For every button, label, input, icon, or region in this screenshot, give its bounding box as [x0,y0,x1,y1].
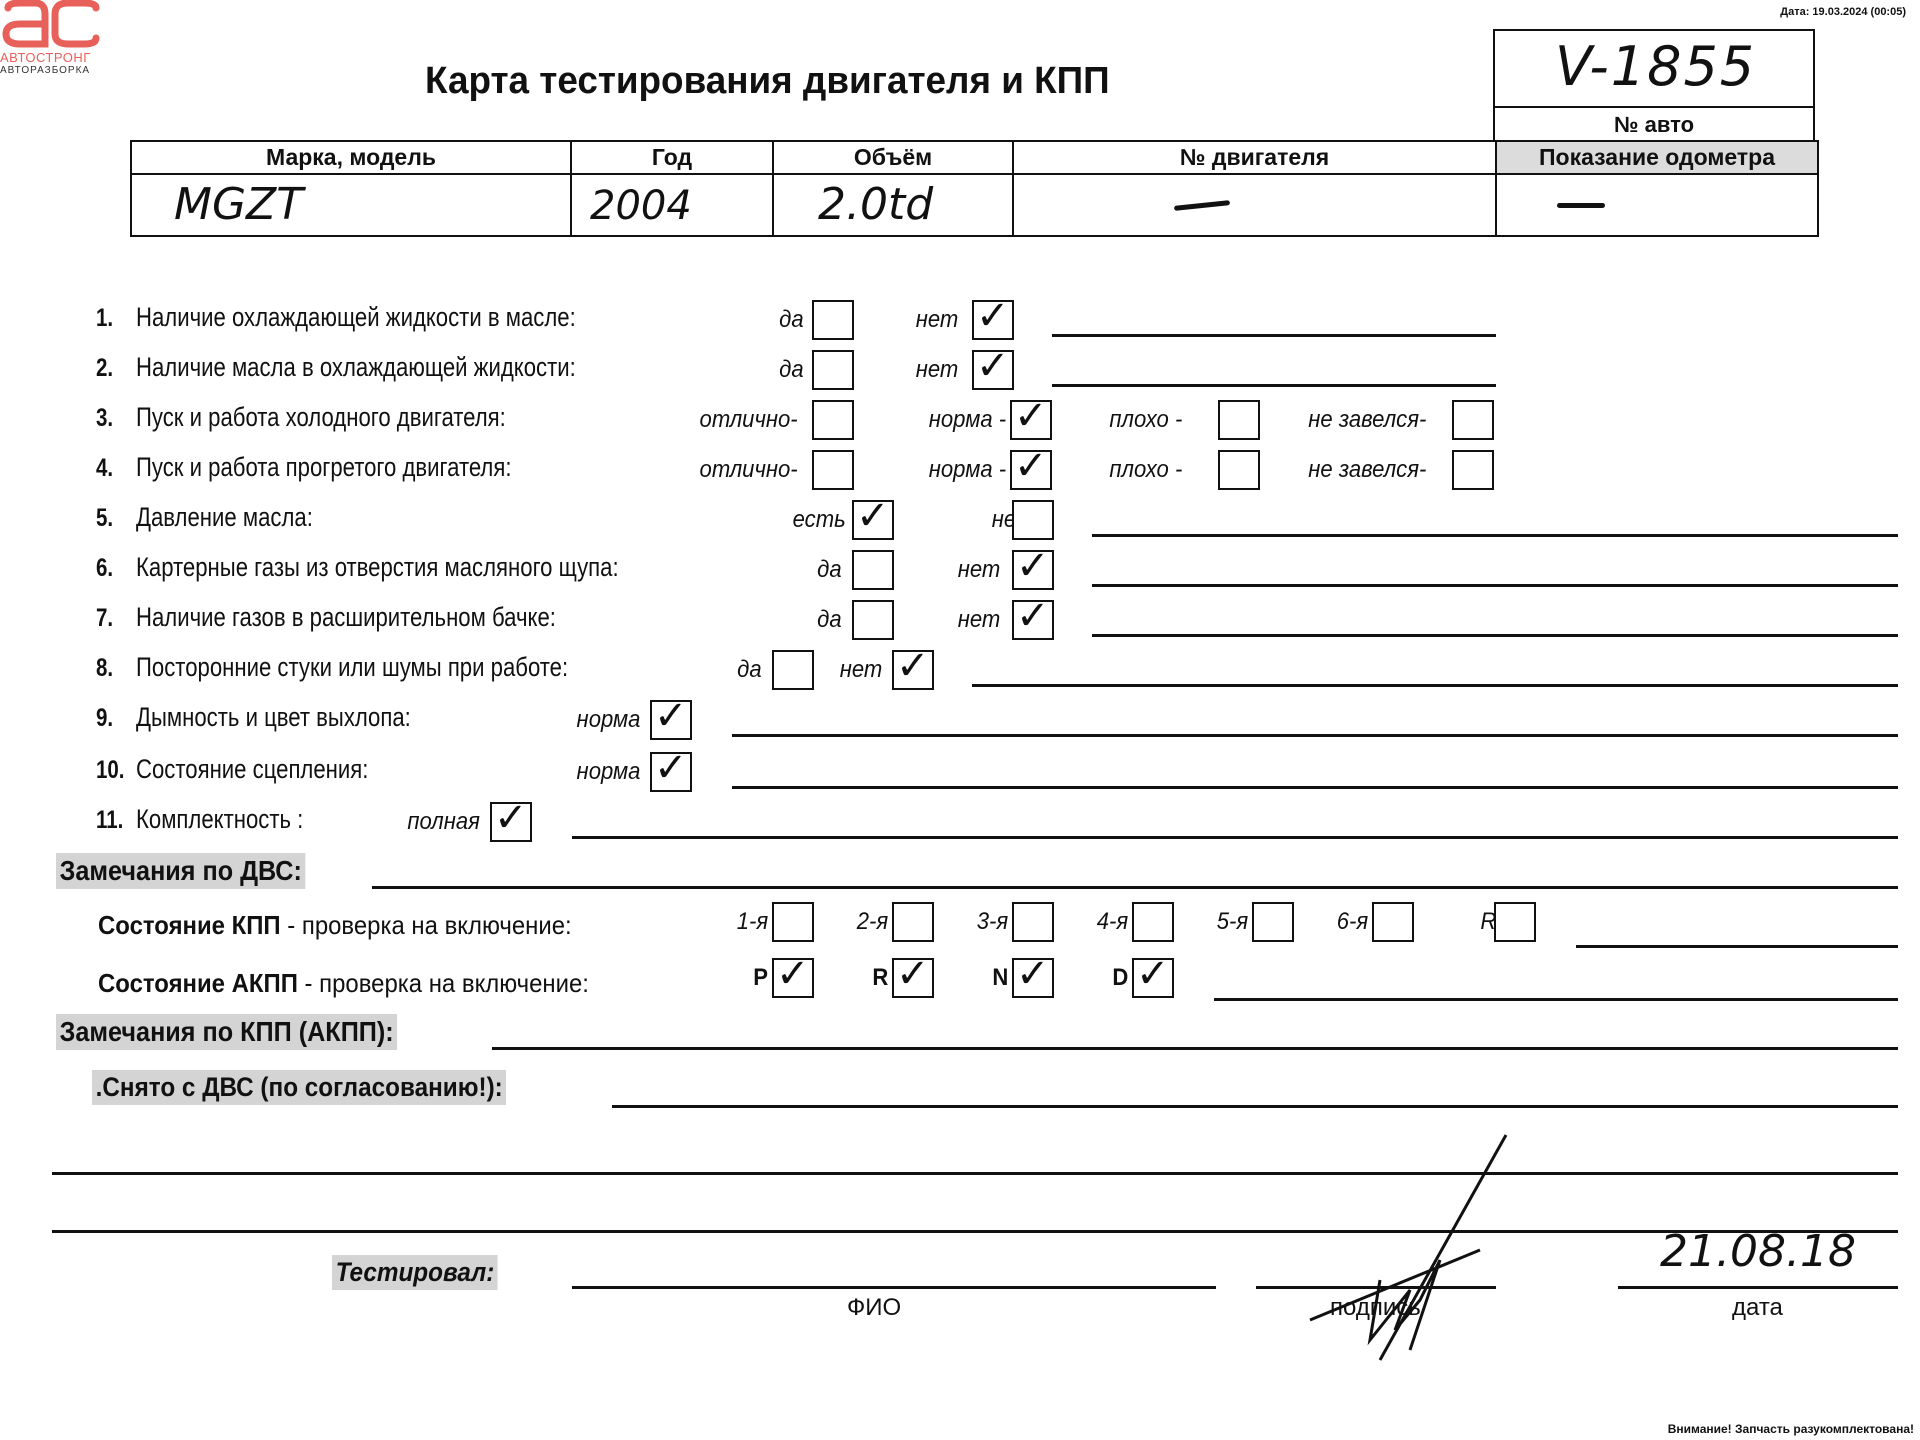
option-checkbox[interactable] [772,650,814,690]
item-notes-input[interactable] [732,786,1898,789]
checklist-row: 9.Дымность и цвет выхлопа:норма✓ [0,700,1920,740]
option-checkbox[interactable] [812,400,854,440]
option-label: да [780,356,804,384]
option-label: нет [957,556,1000,584]
make-model-value: MGZT [174,179,303,230]
item-notes-input[interactable] [572,836,1898,839]
item-question: Пуск и работа холодного двигателя: [136,402,506,433]
gearbox-remarks-input[interactable] [492,1047,1898,1050]
option-checkbox[interactable]: ✓ [892,650,934,690]
removed-from-engine-label: .Снято с ДВС (по согласованию!): [92,1070,506,1105]
auto-number-field[interactable]: V-1855 [1495,31,1813,108]
checklist-row: 8.Посторонние стуки или шумы при работе:… [0,650,1920,690]
gear-checkbox[interactable] [772,902,814,942]
engine-number-field[interactable] [1013,174,1496,236]
tester-name-input[interactable] [572,1286,1216,1289]
gear-checkbox[interactable] [892,902,934,942]
option-label: плохо - [1109,456,1182,484]
option-checkbox[interactable]: ✓ [1012,600,1054,640]
item-notes-input[interactable] [1092,634,1898,637]
check-mark-icon: ✓ [776,954,810,994]
option-label: да [738,656,762,684]
item-number: 11. [96,806,123,835]
option-checkbox[interactable] [852,550,894,590]
option-checkbox[interactable]: ✓ [852,500,894,540]
gear-label: 1-я [737,908,768,936]
gear-checkbox[interactable] [1252,902,1294,942]
footer-warning: Внимание! Запчасть разукомплектована! [1668,1422,1914,1436]
item-question: Наличие газов в расширительном бачке: [136,602,556,633]
item-number: 9. [96,704,113,733]
item-question: Наличие масла в охлаждающей жидкости: [136,352,576,383]
check-mark-icon: ✓ [494,798,528,838]
option-label: норма [576,758,640,786]
option-checkbox[interactable] [852,600,894,640]
manual-gearbox-label: Состояние КПП - проверка на включение: [98,910,572,941]
item-number: 8. [96,654,113,683]
gear-label: R [872,964,888,992]
option-checkbox[interactable]: ✓ [1010,450,1052,490]
gear-label: D [1112,964,1128,992]
option-label: не завелся- [1308,456,1426,484]
item-question: Картерные газы из отверстия масляного щу… [136,552,619,583]
option-checkbox[interactable]: ✓ [650,700,692,740]
item-number: 3. [96,404,113,433]
check-mark-icon: ✓ [896,954,930,994]
item-number: 2. [96,354,113,383]
name-caption: ФИО [847,1294,901,1322]
option-checkbox[interactable] [812,450,854,490]
option-label: есть [793,506,846,534]
notes-line-1[interactable] [52,1172,1898,1175]
item-number: 1. [96,304,113,333]
check-mark-icon: ✓ [976,296,1010,336]
check-mark-icon: ✓ [1014,446,1048,486]
item-question: Давление масла: [136,502,313,533]
checklist-row: 5.Давление масла:есть✓нет [0,500,1920,540]
option-label: да [818,556,842,584]
automatic-gearbox-notes-input[interactable] [1214,998,1898,1001]
engine-remarks-input[interactable] [372,886,1898,889]
item-question: Пуск и работа прогретого двигателя: [136,452,511,483]
option-label: полная [407,808,480,836]
gearbox-remarks-label: Замечания по КПП (АКПП): [56,1014,397,1050]
gear-checkbox[interactable] [1372,902,1414,942]
engine-number-dash [1174,200,1230,211]
signature-scribble-icon [1300,1130,1520,1370]
item-number: 4. [96,454,113,483]
document-title: Карта тестирования двигателя и КПП [425,60,1110,103]
volume-value: 2.0td [818,179,933,230]
option-checkbox[interactable] [812,350,854,390]
logo-name: АВТОСТРОНГ [0,50,91,65]
item-question: Состояние сцепления: [136,754,368,785]
option-label: нет [915,356,958,384]
automatic-gearbox-label: Состояние АКПП - проверка на включение: [98,968,589,999]
gear-label: P [753,964,768,992]
gear-label: 5-я [1217,908,1248,936]
gear-label: 2-я [857,908,888,936]
tested-by-label: Тестировал: [332,1255,498,1290]
year-value: 2004 [590,183,692,229]
gear-checkbox[interactable]: ✓ [772,958,814,998]
gear-label: 6-я [1337,908,1368,936]
gear-label: 3-я [977,908,1008,936]
gear-label: N [992,964,1008,992]
checklist-row: 1.Наличие охлаждающей жидкости в масле:д… [0,300,1920,340]
option-checkbox[interactable] [1012,500,1054,540]
vehicle-info-table: Марка, модель Год Объём № двигателя Пока… [130,140,1819,237]
option-checkbox[interactable]: ✓ [490,802,532,842]
auto-number-box: V-1855 № авто [1493,29,1815,141]
option-checkbox[interactable] [1218,400,1260,440]
check-mark-icon: ✓ [654,748,688,788]
option-label: не завелся- [1308,406,1426,434]
item-question: Дымность и цвет выхлопа: [136,702,411,733]
checklist-row: 6.Картерные газы из отверстия масляного … [0,550,1920,590]
autostrong-logo-icon [0,0,100,50]
item-number: 5. [96,504,113,533]
option-label: отлично- [700,456,798,484]
item-question: Комплектность : [136,804,303,835]
notes-line-2[interactable] [52,1230,1898,1233]
item-number: 7. [96,604,113,633]
checklist-row: 4.Пуск и работа прогретого двигателя:отл… [0,450,1920,490]
item-notes-input[interactable] [1092,584,1898,587]
check-mark-icon: ✓ [1014,396,1048,436]
gear-checkbox[interactable] [1132,902,1174,942]
item-question: Посторонние стуки или шумы при работе: [136,652,568,683]
item-notes-input[interactable] [1092,534,1898,537]
auto-number-label: № авто [1495,108,1813,143]
item-notes-input[interactable] [1052,384,1496,387]
option-label: да [818,606,842,634]
option-checkbox[interactable]: ✓ [972,350,1014,390]
check-mark-icon: ✓ [1016,546,1050,586]
checklist-row: 11.Комплектность :полная✓ [0,802,1920,842]
check-mark-icon: ✓ [976,346,1010,386]
option-label: нет [957,606,1000,634]
option-label: отлично- [700,406,798,434]
option-checkbox[interactable] [812,300,854,340]
option-checkbox[interactable] [1452,450,1494,490]
check-mark-icon: ✓ [654,696,688,736]
engine-remarks-label: Замечания по ДВС: [56,853,305,889]
gear-checkbox[interactable] [1012,902,1054,942]
option-checkbox[interactable]: ✓ [1012,550,1054,590]
option-label: нет [915,306,958,334]
manual-gearbox-notes-input[interactable] [1576,945,1898,948]
header-odometer: Показание одометра [1496,141,1818,174]
print-date: Дата: 19.03.2024 (00:05) [1780,6,1906,18]
volume-field[interactable]: 2.0td [773,174,1013,236]
check-mark-icon: ✓ [1136,954,1170,994]
item-notes-input[interactable] [972,684,1898,687]
check-mark-icon: ✓ [1016,954,1050,994]
item-question: Наличие охлаждающей жидкости в масле: [136,302,576,333]
header-engine-number: № двигателя [1013,141,1496,174]
option-label: норма - [929,406,1006,434]
option-checkbox[interactable] [1218,450,1260,490]
checklist-row: 2.Наличие масла в охлаждающей жидкости:д… [0,350,1920,390]
item-number: 6. [96,554,113,583]
date-input[interactable] [1618,1286,1898,1289]
gear-checkbox[interactable]: ✓ [1012,958,1054,998]
header-volume: Объём [773,141,1013,174]
odometer-dash [1557,203,1605,208]
check-mark-icon: ✓ [896,646,930,686]
option-checkbox[interactable] [1452,400,1494,440]
option-label: плохо - [1109,406,1182,434]
checklist-row: 7.Наличие газов в расширительном бачке:д… [0,600,1920,640]
header-make-model: Марка, модель [131,141,571,174]
option-label: нет [839,656,882,684]
option-checkbox[interactable]: ✓ [1010,400,1052,440]
gear-checkbox[interactable]: ✓ [892,958,934,998]
make-model-field[interactable]: MGZT [131,174,571,236]
date-caption: дата [1732,1294,1783,1322]
removed-from-engine-input[interactable] [612,1105,1898,1108]
option-checkbox[interactable]: ✓ [972,300,1014,340]
option-label: да [780,306,804,334]
option-checkbox[interactable]: ✓ [650,752,692,792]
check-mark-icon: ✓ [1016,596,1050,636]
auto-number-value: V-1855 [1555,35,1756,98]
option-label: норма [576,706,640,734]
checklist-row: 3.Пуск и работа холодного двигателя:отли… [0,400,1920,440]
gear-label: 4-я [1097,908,1128,936]
gear-checkbox[interactable]: ✓ [1132,958,1174,998]
odometer-field[interactable] [1496,174,1818,236]
item-number: 10. [96,756,125,785]
option-label: норма - [929,456,1006,484]
check-mark-icon: ✓ [856,496,890,536]
year-field[interactable]: 2004 [571,174,773,236]
header-year: Год [571,141,773,174]
item-notes-input[interactable] [732,734,1898,737]
date-value: 21.08.18 [1660,1226,1856,1277]
checklist-row: 10.Состояние сцепления:норма✓ [0,752,1920,792]
logo-subtitle: АВТОРАЗБОРКА [0,65,90,76]
gear-checkbox[interactable] [1494,902,1536,942]
item-notes-input[interactable] [1052,334,1496,337]
